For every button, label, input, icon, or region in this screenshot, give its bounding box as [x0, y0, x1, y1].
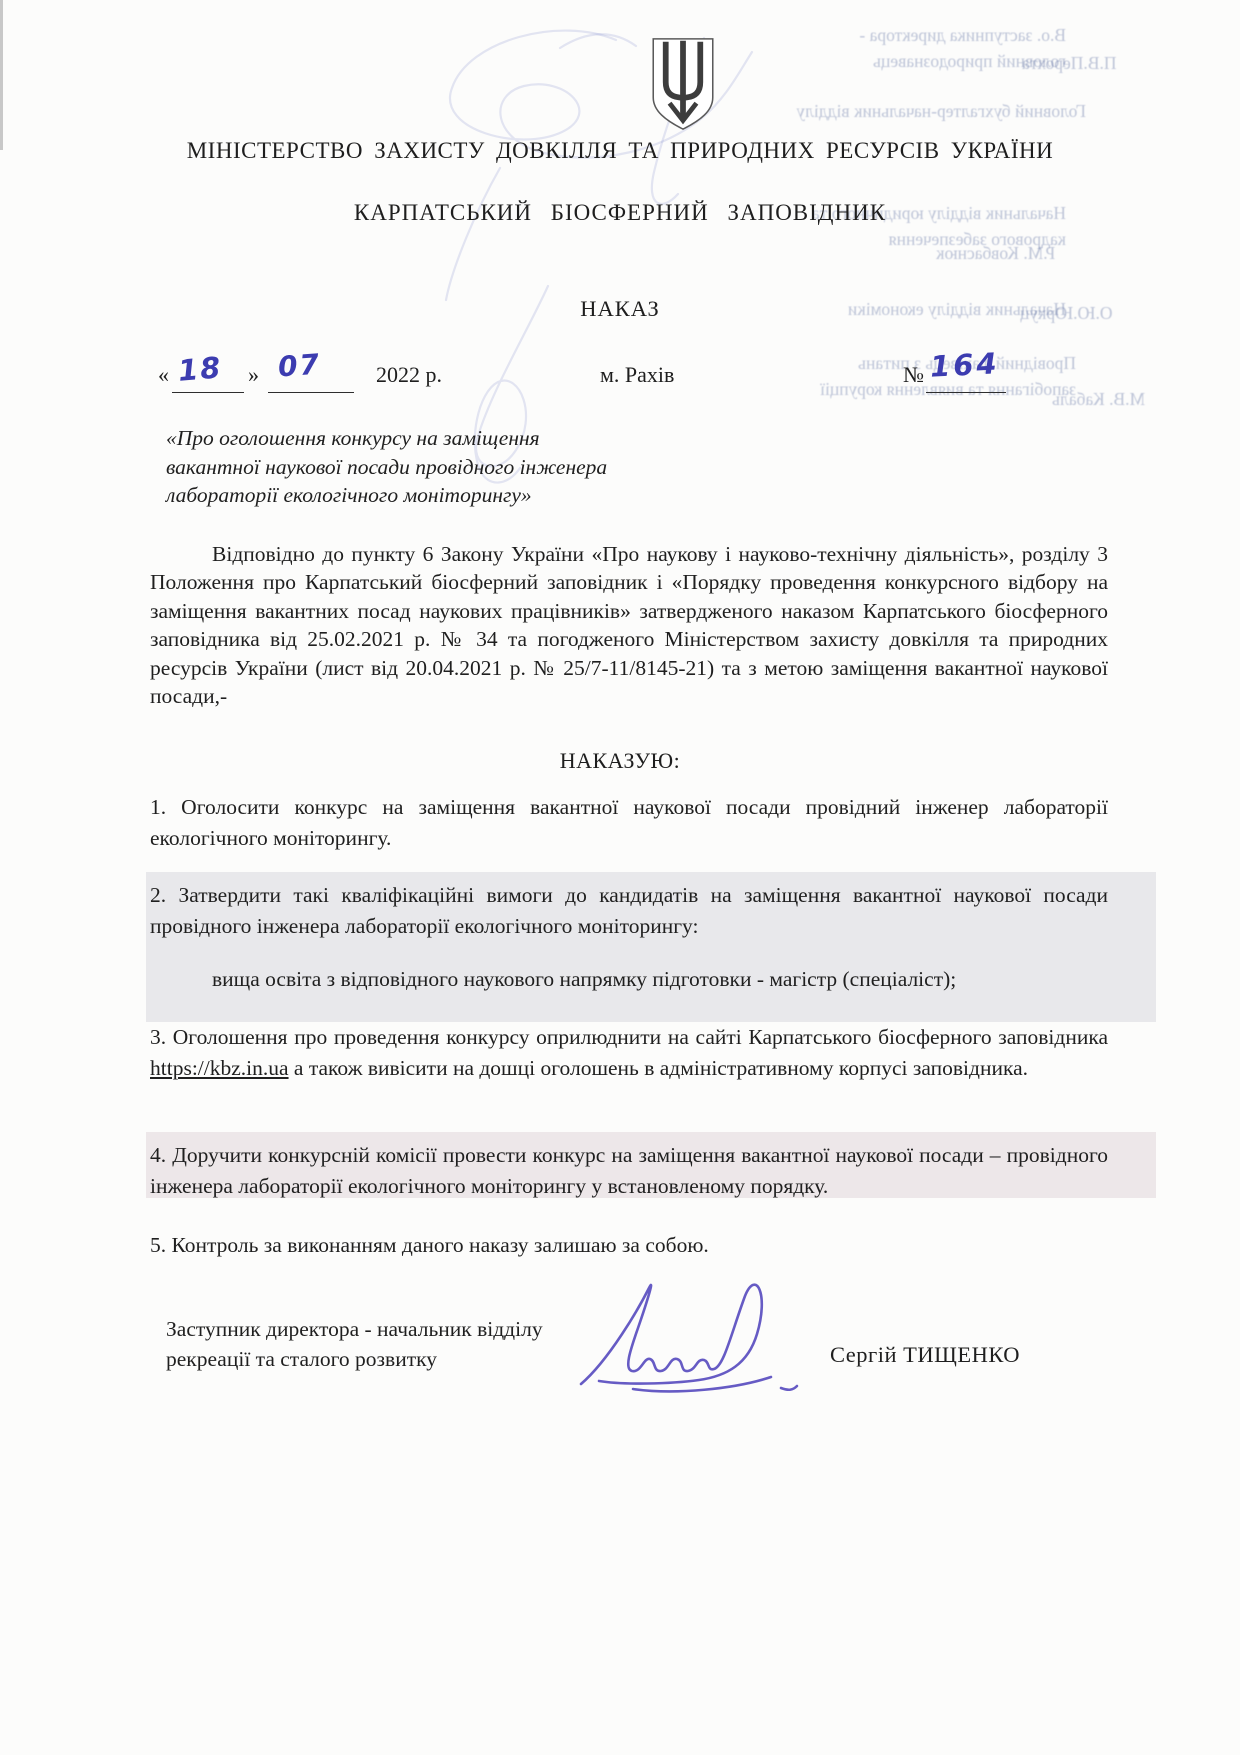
item-3-text: 3. Оголошення про проведення конкурсу оп…	[150, 1025, 1108, 1049]
scanned-order-document: В.о. заступника директора - головний при…	[0, 0, 1240, 1755]
order-item-3: 3. Оголошення про проведення конкурсу оп…	[150, 1022, 1108, 1084]
order-subject: «Про оголошення конкурсу на заміщення ва…	[166, 424, 626, 510]
trident-emblem-icon	[648, 36, 718, 132]
day-underline	[172, 392, 244, 393]
date-quote-close: »	[248, 362, 259, 388]
subject-line: «Про оголошення конкурсу на заміщення	[166, 424, 626, 453]
organization-title: КАРПАТСЬКИЙ БІОСФЕРНИЙ ЗАПОВІДНИК	[60, 200, 1180, 226]
bleedthrough-name: М.В. Кабаль	[1052, 386, 1145, 412]
signatory-position-line: Заступник директора - начальник відділу	[166, 1315, 596, 1345]
handwritten-day: 18	[177, 350, 224, 388]
bleedthrough-name: Р.М. Ковбаснюк	[936, 240, 1055, 266]
handwritten-month: 07	[277, 348, 322, 384]
handwritten-number: 164	[929, 346, 1000, 384]
number-label: №	[903, 362, 924, 388]
subject-line: лабораторії екологічного моніторингу»	[166, 481, 626, 510]
bleedthrough-text: В.о. заступника директора - головний при…	[766, 22, 1066, 74]
order-item-4: 4. Доручити конкурсній комісії провести …	[150, 1140, 1108, 1202]
website-url: https://kbz.in.ua	[150, 1056, 289, 1080]
year-text: 2022 р.	[376, 362, 442, 388]
order-item-1: 1. Оголосити конкурс на заміщення вакант…	[150, 792, 1108, 854]
signatory-name: Сергій ТИЩЕНКО	[830, 1342, 1020, 1368]
order-item-2: 2. Затвердити такі кваліфікаційні вимоги…	[150, 880, 1108, 942]
preamble-paragraph: Відповідно до пункту 6 Закону України «П…	[150, 540, 1108, 710]
document-type-heading: НАКАЗ	[0, 296, 1240, 322]
bleedthrough-text: Головний бухгалтер-начальник відділу	[766, 98, 1086, 124]
subject-line: вакантної наукової посади провідного інж…	[166, 453, 626, 482]
signatory-position: Заступник директора - начальник відділу …	[166, 1315, 596, 1374]
handwritten-signature	[575, 1272, 805, 1407]
item-3-text: а також вивісити на дошці оголошень в ад…	[289, 1056, 1028, 1080]
place-text: м. Рахів	[600, 362, 674, 388]
ministry-title: МІНІСТЕРСТВО ЗАХИСТУ ДОВКІЛЛЯ ТА ПРИРОДН…	[60, 138, 1180, 164]
scan-edge-shadow	[0, 0, 3, 150]
signatory-position-line: рекреації та сталого розвитку	[166, 1345, 596, 1375]
month-underline	[268, 392, 354, 393]
resolve-heading: НАКАЗУЮ:	[0, 748, 1240, 774]
bleedthrough-name: П.В.Перохта	[1022, 50, 1116, 76]
date-quote-open: «	[158, 362, 169, 388]
number-underline	[926, 392, 1006, 393]
order-item-5: 5. Контроль за виконанням даного наказу …	[150, 1230, 1108, 1261]
order-item-2-requirement: вища освіта з відповідного наукового нап…	[150, 964, 1108, 995]
